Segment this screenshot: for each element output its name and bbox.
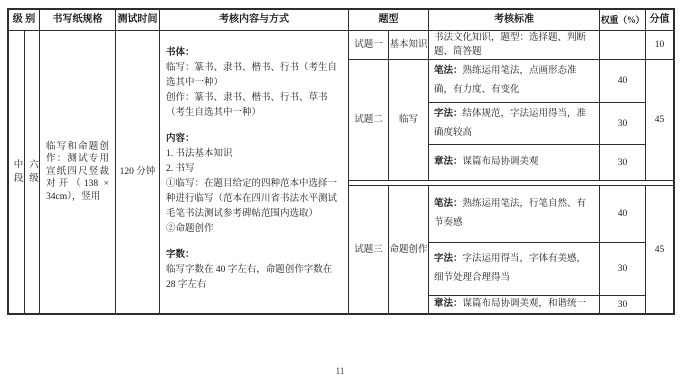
cell-q2-criteria-characters: 字法：结体规范，字法运用得当，准确度较高	[429, 103, 599, 144]
header-question-type: 题型	[349, 10, 428, 30]
cell-q3-weight-brushwork: 40	[600, 186, 645, 242]
cell-q3-criteria-characters: 字法：字法运用得当，字体有美感，细节处理合理得当	[429, 243, 599, 295]
cell-q3-weight-composition: 30	[600, 296, 645, 313]
cell-q1-weight	[600, 31, 645, 59]
content-line: ①临写：在题目给定的四种范本中选择一种进行临写（范本在四川省书法水平测试毛笔书法…	[166, 177, 342, 222]
assessment-table: 级 别 书写纸规格 测试时间 考核内容与方式 题型 考核标准 权重（%） 分值 …	[7, 8, 675, 315]
cell-q2-name: 试题二	[349, 60, 388, 180]
content-line: 1. 书法基本知识	[166, 147, 342, 162]
header-score: 分值	[646, 10, 673, 30]
cell-q1-type: 基本知识	[389, 31, 428, 59]
cell-q3-name: 试题三	[349, 186, 388, 313]
cell-q2-weight-characters: 30	[600, 103, 645, 144]
cell-q3-criteria-composition: 章法：谋篇布局协调美观，和谐统一	[429, 296, 599, 313]
cell-duration: 120 分钟	[116, 31, 159, 313]
cell-q1-score: 10	[646, 31, 673, 59]
cell-content-method: 书体： 临写：篆书、隶书、楷书、行书（考生自选其中一种） 创作：篆书、隶书、楷书…	[160, 31, 348, 313]
cell-paper-spec: 临写和命题创作：测试专用宣纸四尺竖裁对开（138 × 34cm），竖用	[40, 31, 115, 313]
content-line: 2. 书写	[166, 162, 342, 177]
cell-q1-name: 试题一	[349, 31, 388, 59]
cell-grade: 六级	[25, 31, 39, 313]
cell-q2-score: 45	[646, 60, 673, 180]
cell-q2-weight-composition: 30	[600, 145, 645, 180]
grade-label: 六级	[26, 159, 38, 186]
content-line: 创作：篆书、隶书、楷书、行书、草书（考生自选其中一种）	[166, 91, 342, 121]
cell-stage: 中段	[9, 31, 24, 313]
cell-q3-weight-characters: 30	[600, 243, 645, 295]
document-page: 级 别 书写纸规格 测试时间 考核内容与方式 题型 考核标准 权重（%） 分值 …	[0, 0, 680, 383]
cell-q2-criteria-composition: 章法：谋篇布局协调美观	[429, 145, 599, 180]
section-separator	[349, 181, 673, 185]
content-heading-content: 内容：	[166, 132, 342, 147]
header-criteria: 考核标准	[429, 10, 599, 30]
cell-q1-criteria: 书法文化知识，题型：选择题、判断题、简答题	[429, 31, 599, 59]
content-line: 临写字数在 40 字左右，命题创作字数在 28 字左右	[166, 263, 342, 293]
cell-q2-criteria-brushwork: 笔法：熟练运用笔法，点画形态准确，有力度、有变化	[429, 60, 599, 102]
content-line: ②命题创作	[166, 222, 342, 237]
header-content-method: 考核内容与方式	[160, 10, 348, 30]
content-heading-wordcount: 字数：	[166, 248, 342, 263]
header-test-time: 测试时间	[116, 10, 159, 30]
cell-q3-score: 45	[646, 186, 673, 313]
header-level: 级 别	[9, 10, 39, 30]
cell-q3-criteria-brushwork: 笔法：熟练运用笔法，行笔自然、有节奏感	[429, 186, 599, 242]
cell-q2-weight-brushwork: 40	[600, 60, 645, 102]
page-number: 11	[0, 366, 680, 376]
header-weight: 权重（%）	[600, 10, 645, 30]
paper-spec-text: 临写和命题创作：测试专用宣纸四尺竖裁对开（138 × 34cm），竖用	[40, 141, 115, 204]
content-heading-style: 书体：	[166, 46, 342, 61]
header-paper-spec: 书写纸规格	[40, 10, 115, 30]
content-line: 临写：篆书、隶书、楷书、行书（考生自选其中一种）	[166, 61, 342, 91]
cell-q3-type: 命题创作	[389, 186, 428, 313]
stage-label: 中段	[11, 159, 23, 186]
cell-q2-type: 临写	[389, 60, 428, 180]
